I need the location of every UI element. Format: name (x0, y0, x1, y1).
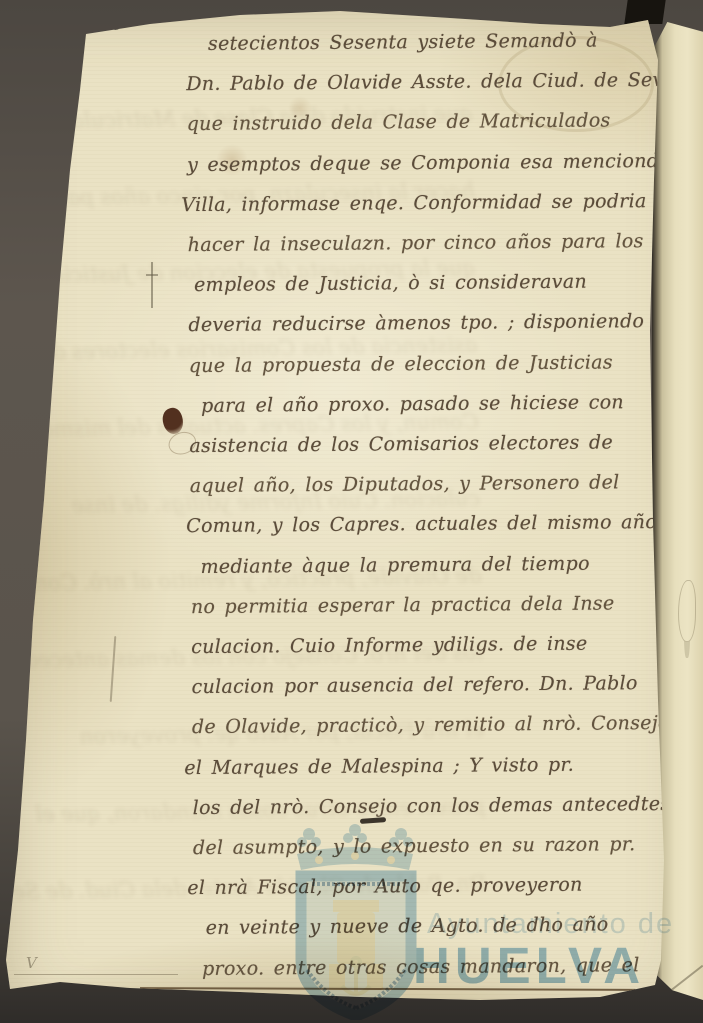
faint-scribble-mark (678, 580, 696, 642)
manuscript-line: y esemptos deque se Componia esa mencion… (187, 141, 667, 185)
manuscript-line: asistencia de los Comisarios electores d… (189, 422, 669, 466)
manuscript-page: que instruido dela Clase de Matriculados… (0, 0, 703, 1023)
manuscript-line: deveria reducirse àmenos tpo. ; disponie… (188, 301, 668, 345)
manuscript-line: empleos de Justicia, ò si consideravan (194, 261, 668, 305)
manuscript-line: del asumpto, y lo expuesto en su razon p… (193, 824, 673, 868)
manuscript-line: el Marques de Malespina ; Y visto pr. (184, 744, 672, 788)
archive-photo: que instruido dela Clase de Matriculados… (0, 0, 703, 1023)
manuscript-line: Villa, informase enqe. Conformidad se po… (181, 181, 667, 225)
manuscript-line: setecientos Sesenta ysiete Semandò à (208, 20, 666, 64)
manuscript-line: hacer la inseculazn. por cinco años para… (188, 221, 668, 265)
corner-ink-mark (111, 19, 125, 31)
manuscript-line: culacion por ausencia del refero. Dn. Pa… (191, 663, 671, 707)
dark-notch (624, 0, 665, 24)
manuscript-line: los del nrò. Consejo con los demas antec… (192, 784, 672, 828)
manuscript-text: setecientos Sesenta ysiete Semandò à Dn.… (186, 20, 674, 989)
manuscript-line: mediante àque la premura del tiempo (200, 543, 670, 587)
manuscript-line: aquel año, los Diputados, y Personero de… (190, 462, 670, 506)
manuscript-line: Dn. Pablo de Olavide Asste. dela Ciud. d… (186, 60, 666, 104)
margin-cross-mark (151, 262, 153, 308)
manuscript-line: el nrà Fiscal, por Auto qe. proveyeron (187, 864, 673, 908)
pencil-underline (14, 974, 178, 975)
manuscript-line: proxo. entre otras cosas mandaron, que e… (202, 945, 674, 989)
manuscript-line: de Olavide, practicò, y remitio al nrò. … (192, 703, 672, 747)
page-fold-crease (663, 965, 703, 997)
manuscript-line: no permitia esperar la practica dela Ins… (191, 583, 671, 627)
manuscript-line: para el año proxo. pasado se hiciese con (201, 382, 669, 426)
manuscript-line: culacion. Cuio Informe ydiligs. de inse (191, 623, 671, 667)
manuscript-line: en veinte y nueve de Agto. de dho año (206, 904, 674, 948)
pencil-check-mark: V (26, 954, 40, 968)
manuscript-line: Comun, y los Capres. actuales del mismo … (186, 502, 670, 546)
manuscript-line: que instruido dela Clase de Matriculados (187, 100, 667, 144)
manuscript-line: que la propuesta de eleccion de Justicia… (189, 342, 669, 386)
ink-underline (140, 987, 658, 991)
